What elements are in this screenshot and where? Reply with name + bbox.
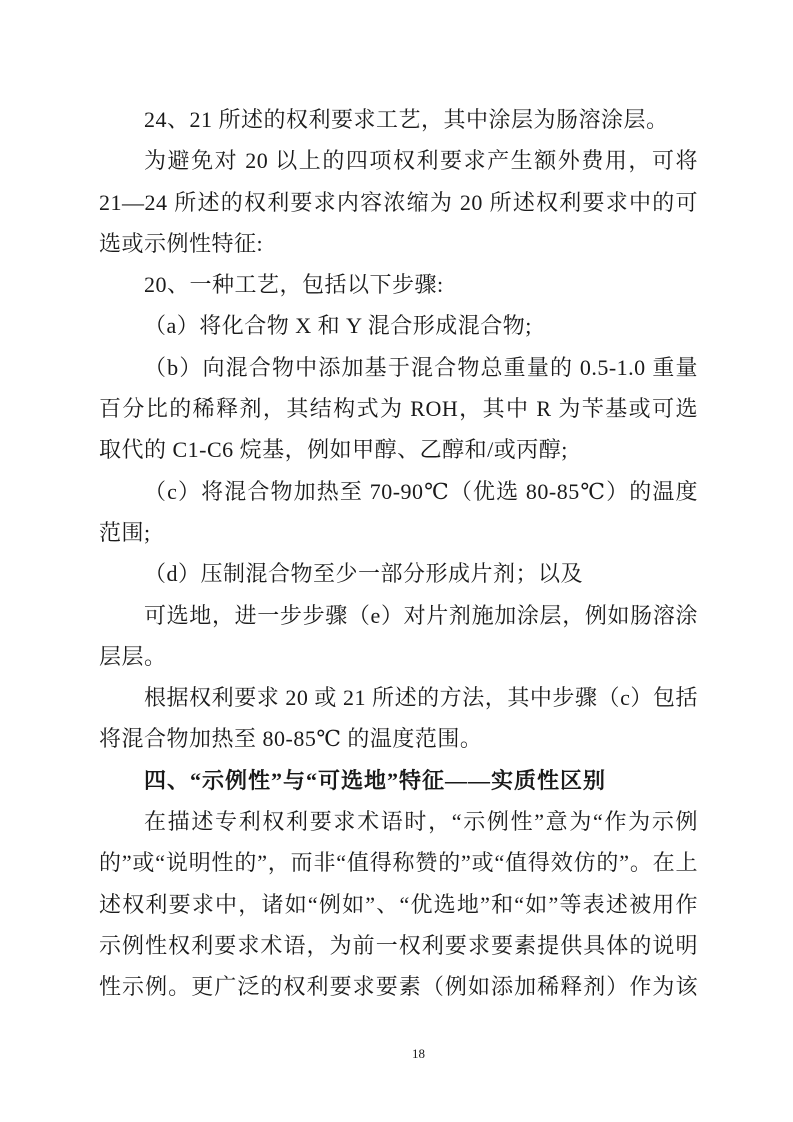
document-page: 24、21 所述的权利要求工艺，其中涂层为肠溶涂层。为避免对 20 以上的四项权… (0, 0, 793, 1122)
text-line: 21—24 所述的权利要求内容浓缩为 20 所述权利要求中的可 (99, 182, 698, 223)
text-line: 述权利要求中，诸如“例如”、“优选地”和“如”等表述被用作 (99, 884, 698, 925)
text-line: 20、一种工艺，包括以下步骤: (99, 264, 698, 305)
text-line: 取代的 C1-C6 烷基，例如甲醇、乙醇和/或丙醇; (99, 429, 698, 470)
text-line: 24、21 所述的权利要求工艺，其中涂层为肠溶涂层。 (99, 99, 698, 140)
text-line: 性示例。更广泛的权利要求要素（例如添加稀释剂）作为该 (99, 966, 698, 1007)
text-line: 示例性权利要求术语，为前一权利要求要素提供具体的说明 (99, 925, 698, 966)
text-line: 百分比的稀释剂，其结构式为 ROH，其中 R 为苄基或可选 (99, 388, 698, 429)
text-line: （b）向混合物中添加基于混合物总重量的 0.5-1.0 重量 (99, 347, 698, 388)
text-line: 的”或“说明性的”，而非“值得称赞的”或“值得效仿的”。在上 (99, 842, 698, 883)
text-line: 为避免对 20 以上的四项权利要求产生额外费用，可将 (99, 140, 698, 181)
text-line: 选或示例性特征: (99, 223, 698, 264)
text-line: 根据权利要求 20 或 21 所述的方法，其中步骤（c）包括 (99, 677, 698, 718)
section-heading: 四、“示例性”与“可选地”特征——实质性区别 (99, 760, 698, 801)
text-line: 可选地，进一步步骤（e）对片剂施加涂层，例如肠溶涂 (99, 595, 698, 636)
text-line: （c）将混合物加热至 70-90℃（优选 80-85℃）的温度 (99, 471, 698, 512)
text-line: 在描述专利权利要求术语时，“示例性”意为“作为示例 (99, 801, 698, 842)
text-line: 层层。 (99, 636, 698, 677)
page-number: 18 (42, 1046, 793, 1062)
document-text-block: 24、21 所述的权利要求工艺，其中涂层为肠溶涂层。为避免对 20 以上的四项权… (99, 99, 698, 1008)
text-line: （a）将化合物 X 和 Y 混合形成混合物; (99, 305, 698, 346)
text-line: 将混合物加热至 80-85℃ 的温度范围。 (99, 718, 698, 759)
text-line: （d）压制混合物至少一部分形成片剂；以及 (99, 553, 698, 594)
text-line: 范围; (99, 512, 698, 553)
